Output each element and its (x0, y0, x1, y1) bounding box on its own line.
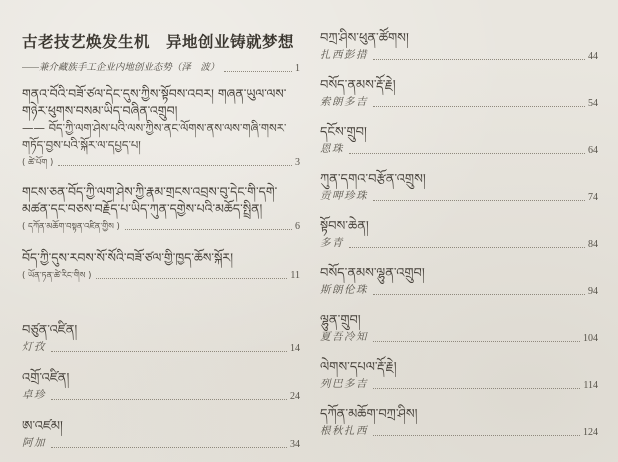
person-page-row: 多青 84 (320, 237, 598, 251)
author-name: ( དཀོན་མཆོག་བསྟན་འཛིན་གྱིས ) (22, 221, 120, 233)
toc-person-entry: བསོད་ནམས་ལྷུན་འགྲུབ། 斯朗伦珠 94 (320, 263, 598, 310)
dotted-leader (373, 388, 580, 389)
toc-person-entry: དངོས་གྲུབ། 恩珠 64 (320, 122, 598, 169)
article-entry-2: གངས་ཅན་བོད་ཀྱི་ལག་ཤེས་ཀྱི་རྣམ་གྲངས་འབྲས་… (22, 183, 300, 233)
person-page-row: 夏吾冷知 104 (320, 331, 598, 345)
person-chinese-name: 阿加 (22, 437, 46, 451)
person-page-row: 贡呷珍珠 74 (320, 190, 598, 204)
toc-person-entry: དཀོན་མཆོག་བཀྲ་ཤིས། 根秋扎西 124 (320, 404, 598, 451)
page-number: 1 (295, 62, 300, 75)
author-row: ( དཀོན་མཆོག་བསྟན་འཛིན་གྱིས ) 6 (22, 220, 300, 233)
person-page-row: 卓珍 24 (22, 389, 300, 403)
person-tibetan-name: བསོད་ནམས་ལྷུན་འགྲུབ། (320, 263, 598, 284)
page-number: 84 (588, 238, 598, 251)
author-name: ( ཡོན་ཏན་ཚེ་རིང་གིས ) (22, 270, 91, 282)
page-number: 124 (583, 426, 598, 439)
person-chinese-name: 贡呷珍珠 (320, 190, 368, 204)
person-chinese-name: 卓珍 (22, 389, 46, 403)
subtitle-text: ——兼介藏族手工企业内地创业态势（泽 波） (22, 62, 219, 75)
person-chinese-name: 扎西彭措 (320, 49, 368, 63)
author-row: ( ཡོན་ཏན་ཚེ་རིང་གིས ) 11 (22, 269, 300, 282)
page-number: 14 (290, 342, 300, 355)
person-page-row: 阿加 34 (22, 437, 300, 451)
author-row: ( ཚེ་པོག ) 3 (22, 156, 300, 169)
person-chinese-name: 夏吾冷知 (320, 331, 368, 345)
dotted-leader (373, 200, 585, 201)
article-title-line: མཚན་དང་བཅས་བརྗོད་པ་ཡིད་ཀུན་དགྱེས་པའི་མཆོ… (22, 200, 300, 217)
page-number: 3 (295, 156, 300, 169)
right-column: བཀྲ་ཤིས་ཕུན་ཚོགས། 扎西彭措 44 བསོད་ནམས་རྡོ་ར… (320, 18, 598, 462)
dotted-leader (96, 278, 287, 279)
page-number: 34 (290, 438, 300, 451)
person-page-row: 根秋扎西 124 (320, 425, 598, 439)
person-tibetan-name: བཙུན་འཛིན། (22, 320, 300, 341)
dotted-leader (373, 59, 585, 60)
toc-person-entry: བཙུན་འཛིན། 灯孜 14 (22, 320, 300, 368)
person-tibetan-name: དངོས་གྲུབ། (320, 122, 598, 143)
toc-person-entry: ཨ་འཛམ། 阿加 34 (22, 416, 300, 462)
person-chinese-name: 多青 (320, 237, 344, 251)
page-number: 64 (588, 144, 598, 157)
person-tibetan-name: བཀྲ་ཤིས་ཕུན་ཚོགས། (320, 28, 598, 49)
dotted-leader (349, 247, 585, 248)
person-chinese-name: 根秋扎西 (320, 425, 368, 439)
subtitle-row: ——兼介藏族手工企业内地创业态势（泽 波） 1 (22, 62, 300, 75)
dotted-leader (51, 447, 287, 448)
person-chinese-name: 灯孜 (22, 341, 46, 355)
page-number: 74 (588, 191, 598, 204)
toc-person-entry: བཀྲ་ཤིས་ཕུན་ཚོགས། 扎西彭措 44 (320, 28, 598, 75)
article-subtitle-line: —— བོད་ཀྱི་ལག་ཤེས་པའི་ལས་ཀྱིས་ནང་ལོགས་ནས… (22, 120, 300, 136)
person-chinese-name: 恩珠 (320, 143, 344, 157)
person-page-row: 恩珠 64 (320, 143, 598, 157)
person-tibetan-name: ལྷུན་གྲུབ། (320, 310, 598, 331)
page-number: 114 (583, 379, 598, 392)
person-tibetan-name: སྟོབས་ཆེན། (320, 216, 598, 237)
page-number: 94 (588, 285, 598, 298)
dotted-leader (51, 351, 287, 352)
person-page-row: 灯孜 14 (22, 341, 300, 355)
person-page-row: 扎西彭措 44 (320, 49, 598, 63)
page-number: 104 (583, 332, 598, 345)
toc-page: 古老技艺焕发生机 异地创业铸就梦想 ——兼介藏族手工企业内地创业态势（泽 波） … (0, 0, 618, 462)
dotted-leader (373, 341, 580, 342)
person-tibetan-name: ཀུན་དགའ་བརྩོན་འགྲུས། (320, 169, 598, 190)
dotted-leader (373, 294, 585, 295)
page-number: 24 (290, 390, 300, 403)
dotted-leader (224, 71, 292, 72)
article-title-line: གནའ་བོའི་བཟོ་ཙལ་དེང་དུས་ཀྱིས་སྟོབས་འབར། … (22, 85, 300, 102)
article-title-line: བོད་ཀྱི་དུས་རབས་སོ་སོའི་བཟོ་ཙལ་གྱི་ཁྱད་ཆ… (22, 249, 300, 266)
person-page-row: 索朗多吉 54 (320, 96, 598, 110)
article-title-line: གངས་ཅན་བོད་ཀྱི་ལག་ཤེས་ཀྱི་རྣམ་གྲངས་འབྲས་… (22, 183, 300, 200)
person-tibetan-name: ཨ་འཛམ། (22, 416, 300, 437)
person-page-row: 斯朗伦珠 94 (320, 284, 598, 298)
page-number: 54 (588, 97, 598, 110)
dotted-leader (51, 399, 287, 400)
person-chinese-name: 索朗多吉 (320, 96, 368, 110)
dotted-leader (58, 165, 292, 166)
person-tibetan-name: འགྲོ་འཛིན། (22, 368, 300, 389)
article-entry-1: གནའ་བོའི་བཟོ་ཙལ་དེང་དུས་ཀྱིས་སྟོབས་འབར། … (22, 85, 300, 169)
dotted-leader (373, 435, 580, 436)
main-title: 古老技艺焕发生机 异地创业铸就梦想 (22, 30, 300, 52)
page-number: 44 (588, 50, 598, 63)
article-entry-3: བོད་ཀྱི་དུས་རབས་སོ་སོའི་བཟོ་ཙལ་གྱི་ཁྱད་ཆ… (22, 249, 300, 282)
person-chinese-name: 斯朗伦珠 (320, 284, 368, 298)
person-tibetan-name: ལེགས་དཔལ་རྡོ་རྗེ། (320, 357, 598, 378)
page-number: 6 (295, 220, 300, 233)
dotted-leader (373, 106, 585, 107)
person-chinese-name: 列巴多吉 (320, 378, 368, 392)
left-column: 古老技艺焕发生机 异地创业铸就梦想 ——兼介藏族手工企业内地创业态势（泽 波） … (22, 18, 300, 462)
page-number: 11 (290, 269, 300, 282)
toc-person-entry: ལེགས་དཔལ་རྡོ་རྗེ། 列巴多吉 114 (320, 357, 598, 404)
toc-person-entry: འགྲོ་འཛིན། 卓珍 24 (22, 368, 300, 416)
dotted-leader (125, 229, 292, 230)
person-tibetan-name: བསོད་ནམས་རྡོ་རྗེ། (320, 75, 598, 96)
toc-person-entry: ལྷུན་གྲུབ། 夏吾冷知 104 (320, 310, 598, 357)
person-page-row: 列巴多吉 114 (320, 378, 598, 392)
person-tibetan-name: དཀོན་མཆོག་བཀྲ་ཤིས། (320, 404, 598, 425)
toc-person-entry: བསོད་ནམས་རྡོ་རྗེ། 索朗多吉 54 (320, 75, 598, 122)
article-subtitle-line: གཏོད་བྱས་པའི་སྐོར་ལ་དཔྱད་པ། (22, 137, 300, 153)
author-name: ( ཚེ་པོག ) (22, 157, 53, 169)
left-people-list: བཙུན་འཛིན། 灯孜 14 འགྲོ་འཛིན། 卓珍 24 ཨ་འཛམ། (22, 320, 300, 462)
toc-person-entry: ཀུན་དགའ་བརྩོན་འགྲུས། 贡呷珍珠 74 (320, 169, 598, 216)
toc-person-entry: སྟོབས་ཆེན། 多青 84 (320, 216, 598, 263)
dotted-leader (349, 153, 585, 154)
article-title-line: གཉེར་ཕུགས་བསམ་ཡིད་བཞིན་འགྲུབ། (22, 102, 300, 119)
